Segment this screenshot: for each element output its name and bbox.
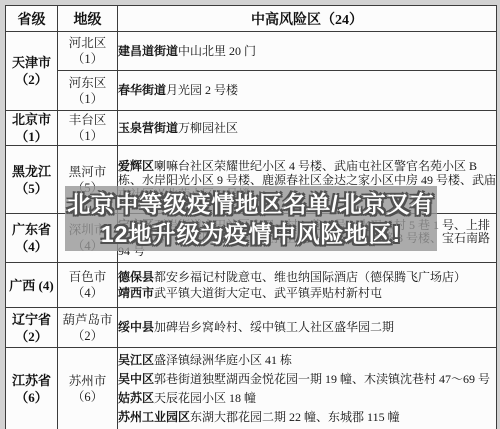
area-detail: 盛泽镇绿洲华庭小区 41 栋 (154, 353, 292, 367)
table-row: 北京市 （1）丰台区 （1）玉泉营街道万柳园社区 (6, 111, 497, 146)
area-detail: 武平镇大道街大定屯、武平镇弄贴村新村屯 (154, 286, 382, 300)
area-detail: 加碑岩乡窝岭村、绥中镇工人社区盛华园二期 (154, 320, 394, 334)
province-cell: 北京市 （1） (6, 111, 58, 146)
risk-area-line: 绥中县加碑岩乡窝岭村、绥中镇工人社区盛华园二期 (118, 320, 496, 335)
risk-areas-cell: 绥中县加碑岩乡窝岭村、绥中镇工人社区盛华园二期 (118, 308, 497, 348)
province-cell: 广东省 （4） (6, 214, 58, 263)
area-detail: 东湖大郡花园二期 22 幢、东城郡 115 幢 (190, 410, 400, 424)
area-detail: 万柳园社区 (178, 121, 238, 135)
prefecture-cell: 苏州市 （6） (58, 348, 118, 429)
header-province: 省级 (6, 6, 58, 32)
table-row: 天津市 （2）河北区 （1）建昌道街道中山北里 20 门 (6, 32, 497, 71)
prefecture-cell: 葫芦岛市 （2） (58, 308, 118, 348)
area-detail: 月光园 2 号楼 (166, 83, 238, 97)
risk-area-line: 德保县都安乡福记村陇意屯、维也纳国际酒店（德保腾飞广场店） (118, 269, 496, 285)
watermark-overlay: 北京中等级疫情地区名单/北京又有 12地升级为疫情中风险地区! (65, 186, 437, 251)
risk-area-line: 姑苏区天辰花园小区 18 幢 (118, 389, 496, 408)
table-row: 江苏省 （6）苏州市 （6）吴江区盛泽镇绿洲华庭小区 41 栋吴中区郭巷街道独墅… (6, 348, 497, 429)
district-name: 春华街道 (118, 83, 166, 97)
area-detail: 郭巷街道独墅湖西金悦花园一期 19 幢、木渎镇沈巷村 47～69 号 (154, 372, 490, 386)
prefecture-cell: 河东区 （1） (58, 71, 118, 111)
district-name: 吴中区 (118, 372, 154, 386)
header-prefecture: 地级 (58, 6, 118, 32)
table-row: 广西 (4)百色市 （4）德保县都安乡福记村陇意屯、维也纳国际酒店（德保腾飞广场… (6, 263, 497, 308)
area-detail: 都安乡福记村陇意屯、维也纳国际酒店（德保腾飞广场店） (154, 270, 466, 284)
risk-area-line: 靖西市武平镇大道街大定屯、武平镇弄贴村新村屯 (118, 285, 496, 301)
province-cell: 天津市 （2） (6, 32, 58, 111)
table-row: 河东区 （1）春华街道月光园 2 号楼 (6, 71, 497, 111)
risk-areas-cell: 建昌道街道中山北里 20 门 (118, 32, 497, 71)
risk-area-line: 吴中区郭巷街道独墅湖西金悦花园一期 19 幢、木渎镇沈巷村 47～69 号 (118, 370, 496, 389)
risk-areas-cell: 春华街道月光园 2 号楼 (118, 71, 497, 111)
risk-area-line: 吴江区盛泽镇绿洲华庭小区 41 栋 (118, 351, 496, 370)
province-cell: 黑龙江 （5） (6, 146, 58, 214)
province-cell: 江苏省 （6） (6, 348, 58, 429)
prefecture-cell: 河北区 （1） (58, 32, 118, 71)
district-name: 苏州工业园区 (118, 410, 190, 424)
prefecture-cell: 丰台区 （1） (58, 111, 118, 146)
district-name: 吴江区 (118, 353, 154, 367)
risk-areas-cell: 德保县都安乡福记村陇意屯、维也纳国际酒店（德保腾飞广场店）靖西市武平镇大道街大定… (118, 263, 497, 308)
screenshot-root: 省级 地级 中高风险区（24） 天津市 （2）河北区 （1）建昌道街道中山北里 … (0, 0, 500, 429)
district-name: 建昌道街道 (118, 44, 178, 58)
area-detail: 中山北里 20 门 (178, 44, 256, 58)
risk-area-line: 建昌道街道中山北里 20 门 (118, 44, 496, 59)
risk-area-line: 春华街道月光园 2 号楼 (118, 83, 496, 98)
district-name: 德保县 (118, 270, 154, 284)
district-name: 靖西市 (118, 286, 154, 300)
district-name: 玉泉营街道 (118, 121, 178, 135)
prefecture-cell: 百色市 （4） (58, 263, 118, 308)
province-cell: 广西 (4) (6, 263, 58, 308)
watermark-line1: 北京中等级疫情地区名单/北京又有 (67, 189, 434, 219)
risk-areas-cell: 玉泉营街道万柳园社区 (118, 111, 497, 146)
table-row: 辽宁省 （2）葫芦岛市 （2）绥中县加碑岩乡窝岭村、绥中镇工人社区盛华园二期 (6, 308, 497, 348)
district-name: 姑苏区 (118, 391, 154, 405)
district-name: 绥中县 (118, 320, 154, 334)
watermark-line2: 12地升级为疫情中风险地区! (101, 219, 401, 249)
district-name: 爱辉区 (118, 159, 154, 173)
province-cell: 辽宁省 （2） (6, 308, 58, 348)
header-row: 省级 地级 中高风险区（24） (6, 6, 497, 32)
risk-area-line: 苏州工业园区东湖大郡花园二期 22 幢、东城郡 115 幢 (118, 408, 496, 427)
header-risk-areas: 中高风险区（24） (118, 6, 497, 32)
risk-area-line: 玉泉营街道万柳园社区 (118, 121, 496, 136)
area-detail: 天辰花园小区 18 幢 (154, 391, 256, 405)
risk-areas-cell: 吴江区盛泽镇绿洲华庭小区 41 栋吴中区郭巷街道独墅湖西金悦花园一期 19 幢、… (118, 348, 497, 429)
